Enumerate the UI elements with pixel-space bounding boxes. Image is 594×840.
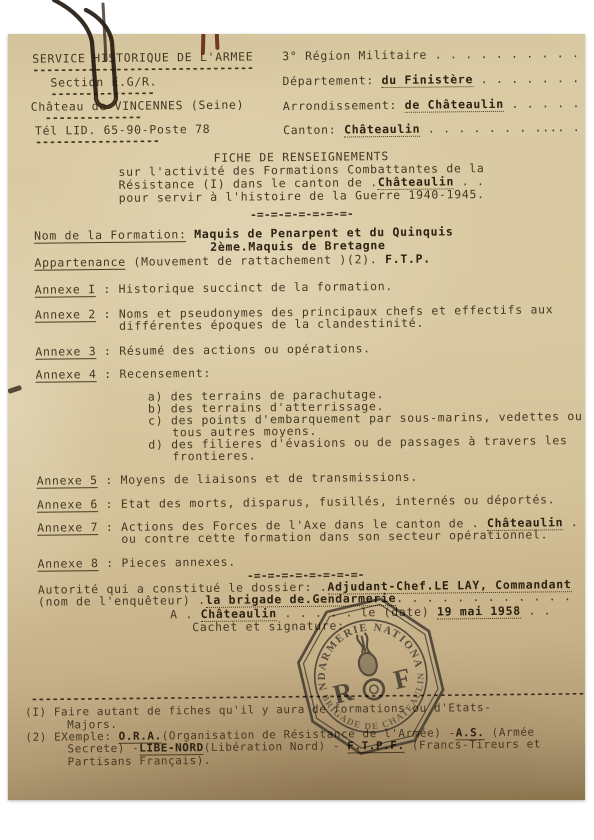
annexe-sep: : xyxy=(96,282,119,296)
footnote-marker: (I) xyxy=(25,706,47,719)
annexe-row-3: Annexe 3 : Résumé des actions ou opérati… xyxy=(35,342,371,358)
field-canton: Canton: Châteaulin . . . . . . . .... . xyxy=(283,121,580,136)
pen-mark xyxy=(8,385,22,394)
annexe-sep: : xyxy=(96,344,119,358)
annexe-row-7b: ou contre cette formation dans son secte… xyxy=(121,528,548,544)
annexe-label: Annexe 3 xyxy=(35,344,96,360)
formation-value-2: 2ème.Maquis de Bretagne xyxy=(210,239,385,253)
annexe-label: Annexe 5 xyxy=(37,473,98,489)
annexe-sep: : xyxy=(98,497,121,511)
annexe-sep: : xyxy=(96,367,119,381)
appartenance-row: Appartenance (Mouvement de rattachement … xyxy=(34,253,431,269)
annexe-label: Annexe 4 xyxy=(36,367,97,383)
title-subline-3: pour servir à l'histoire de la Guerre 19… xyxy=(92,188,512,204)
field-label: Département: xyxy=(282,73,381,88)
dash-rule: ------------------ xyxy=(35,134,160,147)
footnote-2c: Partisans Français). xyxy=(68,755,212,769)
annexe-sep: : xyxy=(98,473,121,487)
field-label: 3° Région Militaire xyxy=(282,48,427,64)
annexe-row-5: Annexe 5 : Moyens de liaisons et de tran… xyxy=(37,471,418,487)
dotted-leader: . . xyxy=(521,603,552,617)
annexe-sep: : xyxy=(96,307,119,321)
annexe-text: Etat des morts, disparus, fusillés, inte… xyxy=(121,492,556,511)
recensement-item-d2: frontieres. xyxy=(172,449,256,462)
ornament-separator: -=-=-=-=-=-=-=- xyxy=(92,206,512,222)
annexe-label: Annexe 7 xyxy=(37,520,98,536)
typed-content: SERVICE HISTORIQUE DE L'ARMEE ----------… xyxy=(8,34,585,800)
annexe-row-8: Annexe 8 : Pieces annexes. xyxy=(37,556,235,570)
annexe-row-6: Annexe 6 : Etat des morts, disparus, fus… xyxy=(37,493,556,510)
annexe-text: Pieces annexes. xyxy=(121,555,235,570)
dotted-leader: . . . . . xyxy=(504,96,580,111)
annexe-text: Résumé des actions ou opérations. xyxy=(119,341,371,358)
dotted-leader: . . . . . . . .... . xyxy=(420,120,580,136)
annexe-text: Recensement: xyxy=(119,366,211,381)
ink-mark xyxy=(215,34,220,50)
annexe-label: Annexe 6 xyxy=(37,497,98,513)
dotted-leader: . . . . . . . xyxy=(473,71,580,86)
annexe-sep: : xyxy=(98,556,121,570)
footnote-marker: (2) xyxy=(25,731,47,744)
annexe-row-2b: différentes époques de la clandestinité. xyxy=(119,317,424,332)
annexe-row-1: Annexe I : Historique succinct de la for… xyxy=(35,280,393,296)
appartenance-text: (Mouvement de rattachement )(2). xyxy=(126,252,385,269)
date-value: 19 mai 1958 xyxy=(437,604,521,620)
annexe-text-end: . xyxy=(563,515,578,529)
appartenance-value: F.T.P. xyxy=(385,252,431,266)
annexe-label: Annexe 8 xyxy=(37,556,98,572)
formation-label: Nom de la Formation: xyxy=(34,227,187,244)
document-page: SERVICE HISTORIQUE DE L'ARMEE ----------… xyxy=(8,34,585,800)
field-label: Canton: xyxy=(283,123,344,138)
paperclip xyxy=(40,0,140,130)
field-region: 3° Région Militaire . . . . . . . . . . xyxy=(282,47,579,62)
field-value: de Châteaulin xyxy=(405,97,504,113)
annexe-row-4: Annexe 4 : Recensement: xyxy=(36,367,211,381)
dotted-leader: . . . . . . . . . . xyxy=(427,46,580,62)
field-value: Châteaulin xyxy=(344,122,420,138)
annexe-text: Moyens de liaisons et de transmissions. xyxy=(120,470,417,487)
grenade-emblem xyxy=(351,632,386,702)
field-label: Arrondissement: xyxy=(283,98,405,113)
scan-background: { "document": { "header_left": { "l1": "… xyxy=(0,0,594,840)
field-value: du Finistère xyxy=(382,72,474,88)
annexe-label: Annexe I xyxy=(35,282,96,298)
field-arrondissement: Arrondissement: de Châteaulin . . . . . xyxy=(283,97,580,112)
annexe-text: Historique succinct de la formation. xyxy=(118,279,393,296)
footnote-text: Secrete) - xyxy=(67,742,139,756)
annexe-sep: : xyxy=(98,520,121,534)
field-departement: Département: du Finistère . . . . . . . xyxy=(282,72,579,87)
annexe-label: Annexe 2 xyxy=(35,307,96,323)
appartenance-label: Appartenance xyxy=(34,255,126,271)
ink-mark xyxy=(201,34,206,55)
stamp-letter-f: F xyxy=(391,662,414,695)
gendarmerie-stamp: GENDARMERIE NATIONALE BRIGADE DE CHATEAU… xyxy=(292,592,450,760)
